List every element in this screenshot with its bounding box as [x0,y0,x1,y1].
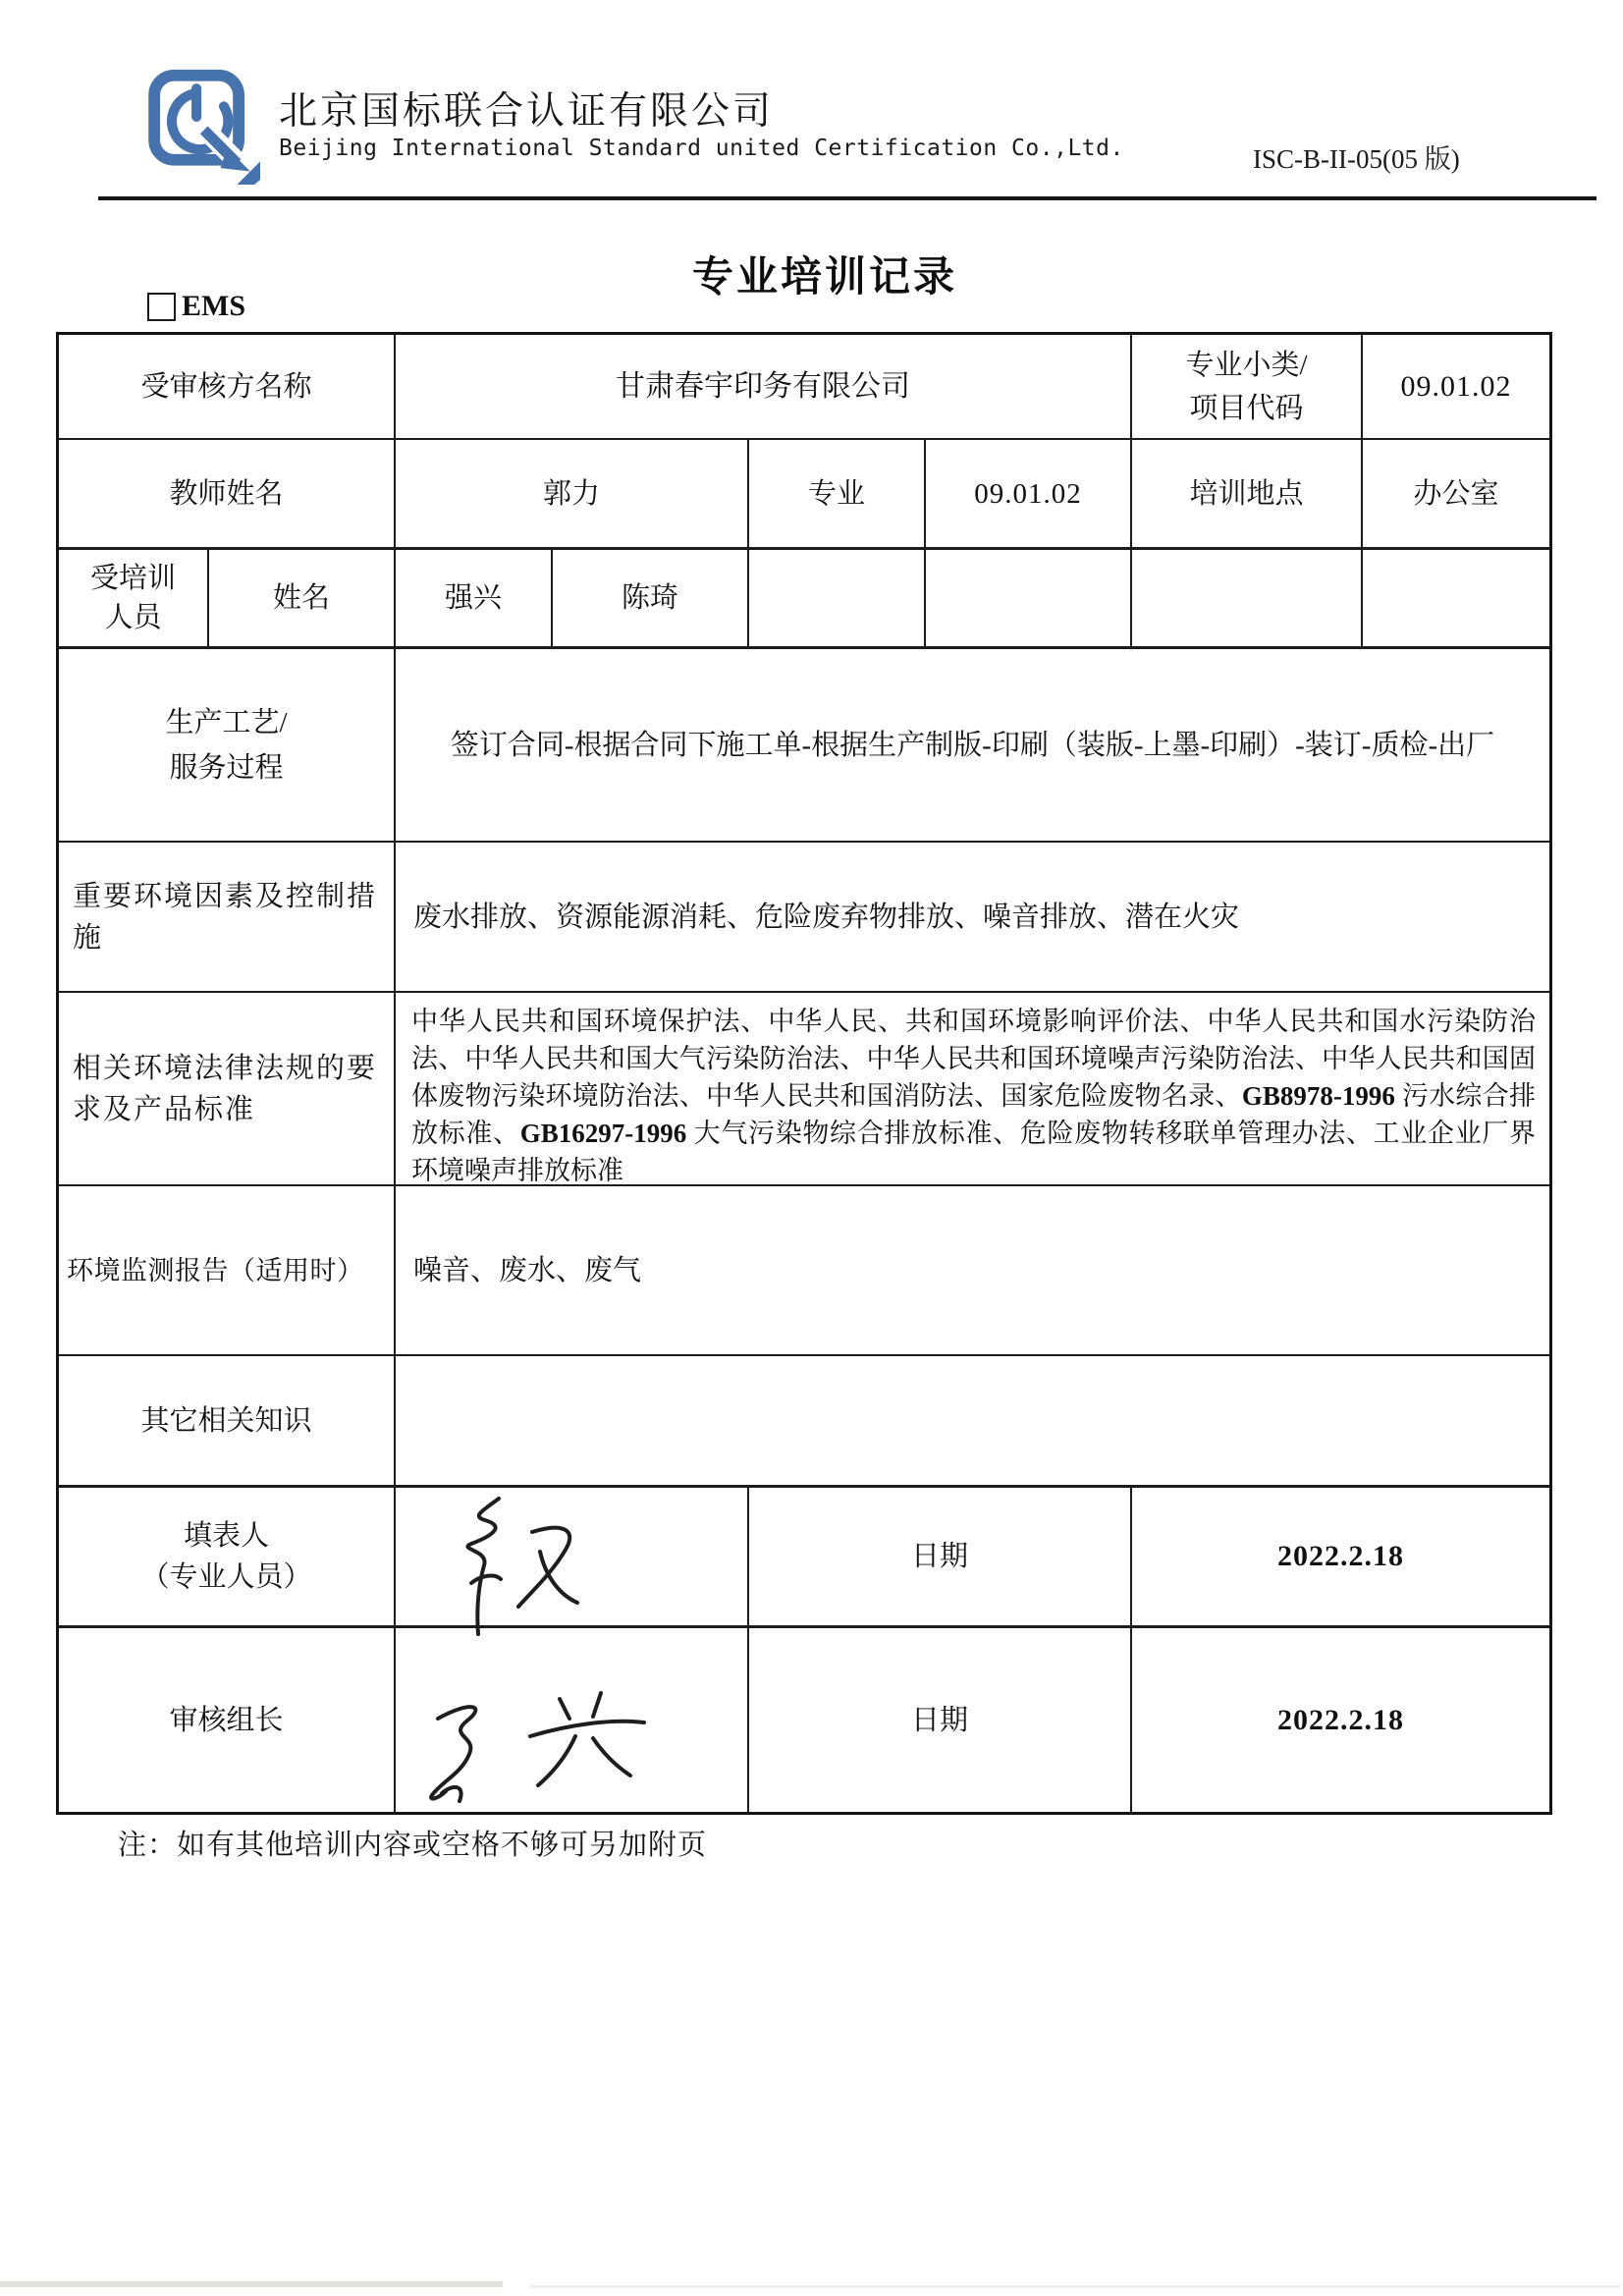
other-knowledge-label: 其它相关知识 [59,1356,396,1488]
scanned-training-record-page: 北京国标联合认证有限公司 Beijing International Stand… [0,0,1623,2296]
monitoring-label: 环境监测报告（适用时） [59,1186,396,1356]
scan-edge-artifact [0,2281,503,2287]
audit-leader-label: 审核组长 [59,1628,396,1812]
preparer-date-value: 2022.2.18 [1132,1488,1549,1628]
trainee-name-4 [926,550,1132,649]
trainee-name-2: 陈琦 [553,550,749,649]
preparer-date-label: 日期 [749,1488,1132,1628]
subcategory-value: 09.01.02 [1363,335,1549,440]
monitoring-value: 噪音、废水、废气 [396,1186,1549,1356]
trainee-name-5 [1132,550,1363,649]
ems-checkbox [147,293,176,321]
teacher-value: 郭力 [396,440,749,550]
training-location-value: 办公室 [1363,440,1549,550]
laws-value: 中华人民共和国环境保护法、中华人民、共和国环境影响评价法、中华人民共和国水污染防… [396,993,1549,1186]
header-divider [98,196,1596,200]
env-factors-label: 重要环境因素及控制措施 [59,843,396,993]
trainee-name-header: 姓名 [209,550,396,649]
process-value: 签订合同-根据合同下施工单-根据生产制版-印刷（装版-上墨-印刷）-装订-质检-… [396,649,1549,843]
process-label: 生产工艺/ 服务过程 [59,649,396,843]
company-name-english: Beijing International Standard united Ce… [279,136,1124,161]
scan-edge-artifact-2 [530,2285,1620,2288]
form-code: ISC-B-II-05(05 版) [1253,137,1460,176]
training-location-label: 培训地点 [1132,440,1363,550]
company-name-chinese: 北京国标联合认证有限公司 [279,81,774,136]
laws-label: 相关环境法律法规的要求及产品标准 [59,993,396,1186]
major-value: 09.01.02 [926,440,1132,550]
audit-leader-date-label: 日期 [749,1628,1132,1812]
trainees-label: 受培训 人员 [59,550,209,649]
training-record-table: 受审核方名称 甘肃春宇印务有限公司 专业小类/ 项目代码 09.01.02 教师… [56,332,1552,1815]
ems-label: EMS [182,290,245,323]
major-label: 专业 [749,440,926,550]
ems-check-row: EMS [147,290,245,323]
env-factors-value: 废水排放、资源能源消耗、危险废弃物排放、噪音排放、潜在火灾 [396,843,1549,993]
preparer-label: 填表人 （专业人员） [59,1488,396,1628]
footnote: 注：如有其他培训内容或空格不够可另加附页 [118,1823,707,1863]
subcategory-label: 专业小类/ 项目代码 [1132,335,1363,440]
teacher-label: 教师姓名 [59,440,396,550]
trainee-name-6 [1363,550,1549,649]
trainee-name-1: 强兴 [396,550,553,649]
audited-party-label: 受审核方名称 [59,335,396,440]
company-logo-icon [142,69,262,185]
trainee-name-3 [749,550,926,649]
other-knowledge-value [396,1356,1549,1488]
audit-leader-date-value: 2022.2.18 [1132,1628,1549,1812]
signature-preparer-guoli [422,1493,648,1640]
signature-audit-leader-qiangxing [412,1675,658,1808]
audited-party-value: 甘肃春宇印务有限公司 [396,335,1132,440]
